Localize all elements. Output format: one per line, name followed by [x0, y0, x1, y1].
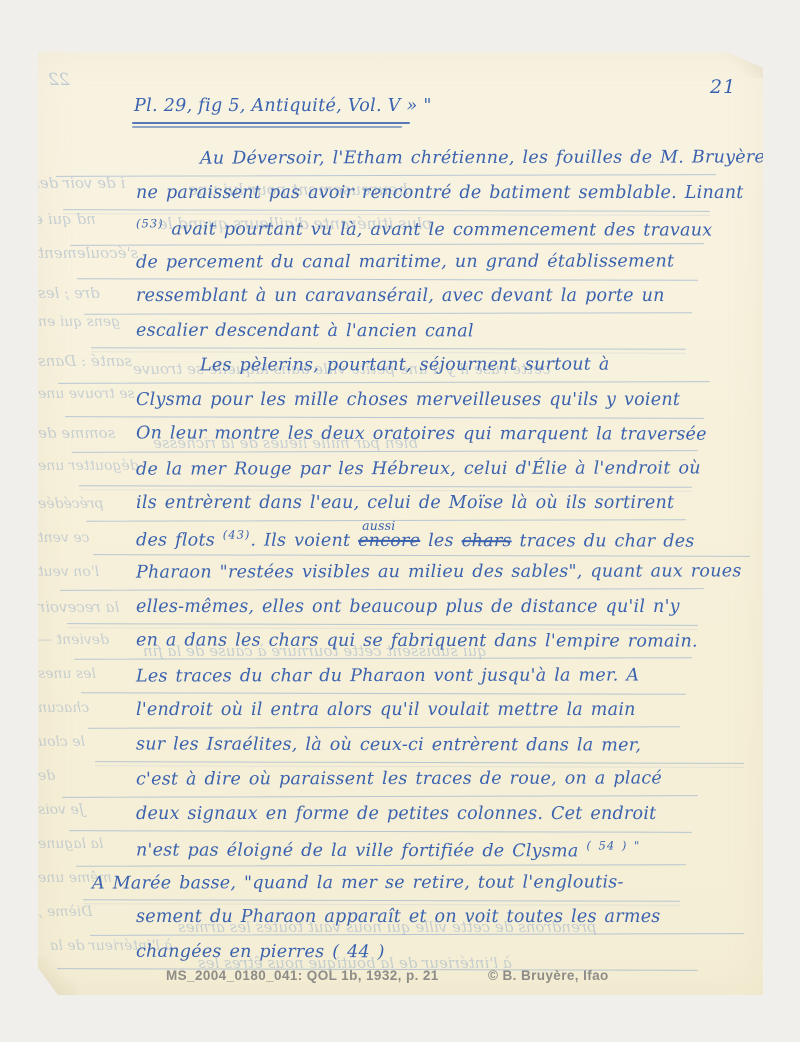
- manuscript-line: (53) avait pourtant vu là, avant le comm…: [136, 216, 712, 240]
- text-segment: l'endroit où il entra alors qu'il voulai…: [136, 700, 636, 720]
- text-segment: les: [420, 531, 461, 551]
- underline-rule: [79, 489, 692, 492]
- text-segment: deux signaux en forme de petites colonne…: [136, 804, 656, 824]
- manuscript-line: Clysma pour les mille choses merveilleus…: [136, 390, 680, 410]
- text-segment: ne paraissent pas avoir rencontré de bat…: [136, 183, 744, 203]
- manuscript-line: Pharaon "restées visibles au milieu des …: [136, 561, 742, 582]
- text-segment: de la mer Rouge par les Hébreux, celui d…: [136, 458, 701, 479]
- underline-rule: [76, 864, 686, 867]
- strikethrough-word: encoreaussi: [358, 530, 420, 550]
- text-segment: de percement du canal maritime, un grand…: [136, 251, 674, 272]
- manuscript-line: sement du Pharaon apparaît et on voit to…: [136, 907, 661, 927]
- manuscript-line: escalier descendant à l'ancien canal: [136, 320, 474, 341]
- text-segment: sur les Israélites, là où ceux-ci entrèr…: [136, 734, 641, 755]
- underline-rule: [62, 795, 698, 798]
- text-segment: ( 44 ): [332, 942, 385, 962]
- text-segment: Pharaon "restées visibles au milieu des …: [136, 561, 742, 582]
- manuscript-page: 22 21 Pl. 29, fig 5, Antiquité, Vol. V »…: [38, 52, 763, 995]
- manuscript-line: Au Déversoir, l'Etham chrétienne, les fo…: [200, 147, 765, 168]
- underline-rule: [91, 347, 686, 350]
- underline-rule: [95, 765, 744, 768]
- underline-rule: [95, 761, 744, 764]
- footnote-ref: ( 54 ) ": [586, 838, 640, 852]
- underline-rule: [63, 209, 710, 212]
- underline-rule: [67, 627, 698, 630]
- manuscript-line: de percement du canal maritime, un grand…: [136, 251, 674, 272]
- manuscript-line: elles-mêmes, elles ont beaucoup plus de …: [136, 597, 680, 617]
- underline-rule: [81, 692, 686, 695]
- manuscript-line: l'endroit où il entra alors qu'il voulai…: [136, 700, 636, 720]
- manuscript-line: en a dans les chars qui se fabriquent da…: [136, 630, 698, 651]
- underline-rule: [84, 312, 692, 315]
- underline-rule: [69, 830, 692, 833]
- manuscript-line: n'est pas éloigné de la ville fortifiée …: [136, 837, 640, 861]
- underline-rule: [74, 657, 692, 660]
- manuscript-line: c'est à dire où paraissent les traces de…: [136, 768, 662, 789]
- text-segment: changées en pierres: [136, 941, 332, 961]
- text-segment: Clysma pour les mille choses merveilleus…: [136, 390, 680, 410]
- text-segment: des flots: [136, 530, 223, 550]
- underline-rule: [70, 243, 704, 246]
- scanned-document: 22 21 Pl. 29, fig 5, Antiquité, Vol. V »…: [0, 0, 800, 1042]
- copyright-caption: © B. Bruyère, Ifao: [488, 968, 609, 983]
- underline-rule: [91, 351, 686, 354]
- archive-id-caption: MS_2004_0180_041: QOL 1b, 1932, p. 21: [166, 968, 439, 983]
- manuscript-line: Les pèlerins, pourtant, séjournent surto…: [200, 355, 610, 376]
- manuscript-line: deux signaux en forme de petites colonne…: [136, 804, 656, 824]
- underline-rule: [93, 554, 750, 557]
- underline-rule: [65, 416, 704, 419]
- text-segment: traces du char des: [512, 531, 695, 551]
- manuscript-line: Les traces du char du Pharaon vont jusqu…: [136, 665, 639, 686]
- text-segment: Au Déversoir, l'Etham chrétienne, les fo…: [200, 147, 765, 168]
- manuscript-line: sur les Israélites, là où ceux-ci entrèr…: [136, 734, 641, 755]
- underline-rule: [83, 899, 680, 902]
- scan-background: { "colors": { "ink": "#3a62ae", "paper":…: [0, 0, 800, 1042]
- underline-rule: [79, 485, 692, 488]
- underline-rule: [58, 381, 710, 384]
- text-segment: c'est à dire où paraissent les traces de…: [136, 768, 662, 789]
- text-segment: A Marée basse, "quand la mer se retire, …: [92, 872, 624, 893]
- text-segment: . Ils voient: [250, 530, 358, 550]
- manuscript-line: ressemblant à un caravansérail, avec dev…: [136, 286, 665, 306]
- text-segment: sement du Pharaon apparaît et on voit to…: [136, 907, 661, 927]
- manuscript-line: ils entrèrent dans l'eau, celui de Moïse…: [136, 493, 674, 513]
- text-segment: en a dans les chars qui se fabriquent da…: [136, 630, 698, 651]
- strikethrough-word: chars: [462, 531, 512, 551]
- text-segment: elles-mêmes, elles ont beaucoup plus de …: [136, 597, 680, 617]
- footnote-ref: (43): [223, 527, 251, 541]
- text-segment: avait pourtant vu là, avant le commencem…: [164, 219, 713, 240]
- underline-rule: [77, 278, 698, 281]
- insertion-above-line: aussi: [362, 517, 395, 532]
- manuscript-line: de la mer Rouge par les Hébreux, celui d…: [136, 458, 701, 479]
- manuscript-line: des flots (43). Ils voient encoreaussi l…: [136, 527, 695, 551]
- text-segment: ressemblant à un caravansérail, avec dev…: [136, 286, 665, 306]
- manuscript-line: On leur montre les deux oratoires qui ma…: [136, 423, 707, 444]
- underline-rule: [60, 588, 704, 591]
- underline-rule: [83, 903, 680, 906]
- text-segment: ils entrèrent dans l'eau, celui de Moïse…: [136, 493, 674, 513]
- manuscript-line: ne paraissent pas avoir rencontré de bat…: [136, 183, 744, 203]
- underline-rule: [67, 623, 698, 626]
- manuscript-line: changées en pierres ( 44 ): [136, 941, 385, 962]
- text-segment: n'est pas éloigné de la ville fortifiée …: [136, 840, 586, 861]
- underline-rule: [90, 933, 744, 936]
- text-segment: Les traces du char du Pharaon vont jusqu…: [136, 665, 639, 686]
- handwritten-text-layer: Au Déversoir, l'Etham chrétienne, les fo…: [38, 52, 763, 995]
- underline-rule: [72, 450, 698, 453]
- text-segment: On leur montre les deux oratoires qui ma…: [136, 423, 707, 444]
- underline-rule: [56, 174, 716, 177]
- underline-rule: [63, 213, 710, 216]
- footnote-ref: (53): [136, 216, 164, 230]
- text-segment: Les pèlerins, pourtant, séjournent surto…: [200, 355, 610, 376]
- underline-rule: [88, 726, 680, 729]
- text-segment: escalier descendant à l'ancien canal: [136, 320, 474, 341]
- manuscript-line: A Marée basse, "quand la mer se retire, …: [92, 872, 624, 893]
